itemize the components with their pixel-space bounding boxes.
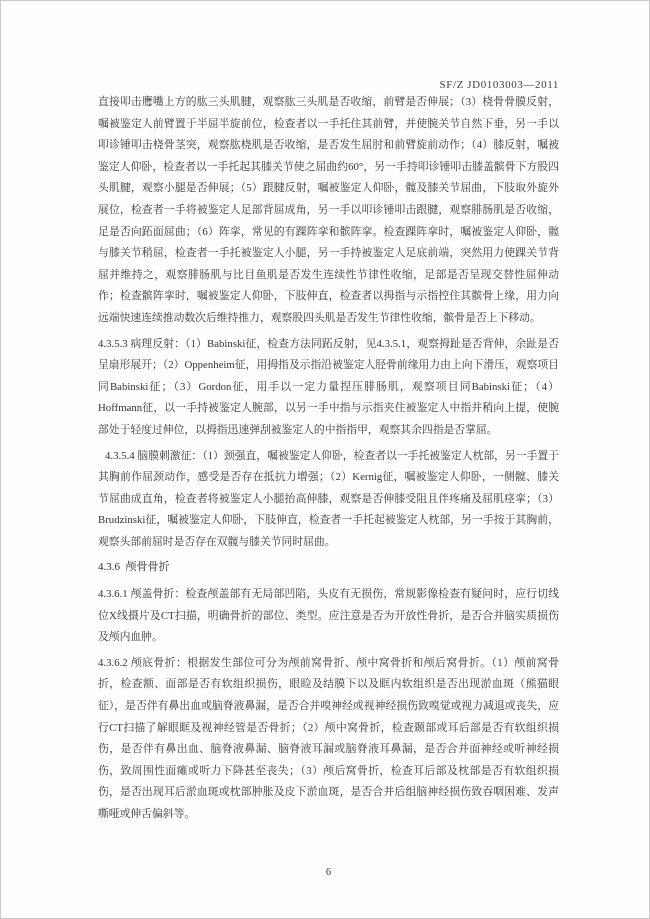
page-body: 直接叩击鹰嘴上方的肱三头肌腱，观察肱三头肌是否收缩，前臂是否伸展；（3）桡骨骨膜… — [98, 92, 559, 826]
paragraph-skull-cap-fracture-4-3-6-1: 4.3.6.1 颅盖骨折：检查颅盖部有无局部凹陷，头皮有无损伤，常规影像检查有疑… — [98, 584, 559, 649]
document-page: SF/Z JD0103003—2011 直接叩击鹰嘴上方的肱三头肌腱，观察肱三头… — [0, 0, 650, 919]
page-number: 6 — [98, 867, 559, 878]
paragraph-pathological-reflex-4-3-5-3: 4.3.5.3 病理反射：（1）Babinski征，检查方法同跖反射，见4.3.… — [98, 334, 559, 442]
paragraph-skull-base-fracture-4-3-6-2: 4.3.6.2 颅底骨折：根据发生部位可分为颅前窝骨折、颅中窝骨折和颅后窝骨折。… — [98, 653, 559, 826]
section-heading-skull-fracture-4-3-6: 4.3.6 颅骨骨折 — [98, 557, 559, 579]
paragraph-tendon-reflex-continuation: 直接叩击鹰嘴上方的肱三头肌腱，观察肱三头肌是否收缩，前臂是否伸展；（3）桡骨骨膜… — [98, 92, 559, 330]
paragraph-meningeal-irritation-4-3-5-4: 4.3.5.4 脑膜刺激征：（1）颈强直，嘱被鉴定人仰卧，检查者以一手托被鉴定人… — [98, 446, 559, 554]
standard-code-header: SF/Z JD0103003—2011 — [98, 79, 559, 92]
